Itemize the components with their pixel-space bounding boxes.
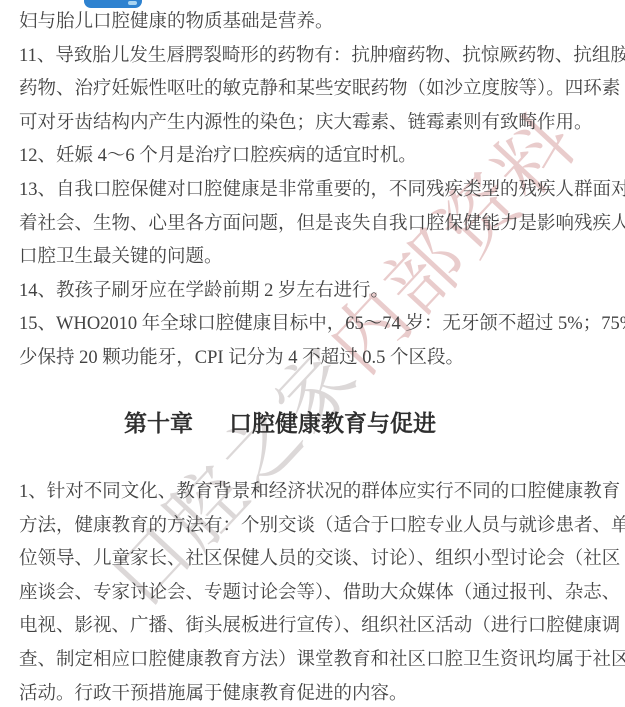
text-line: 位领导、儿童家长、社区保健人员的交谈、讨论）、组织小型讨论会（社区 [19,543,599,577]
text-line: 15、WHO2010 年全球口腔健康目标中，65～74 岁：无牙颌不超过 5%；… [19,308,599,342]
chapter-heading: 第十章口腔健康教育与促进 [124,405,436,438]
document-page: 口腔之家内部资料 妇与胎儿口腔健康的物质基础是营养。 11、导致胎儿发生唇腭裂畸… [0,0,625,707]
text-line: 可对牙齿结构内产生内源性的染色；庆大霉素、链霉素则有致畸作用。 [19,107,599,141]
text-line: 妇与胎儿口腔健康的物质基础是营养。 [19,6,599,40]
text-line: 11、导致胎儿发生唇腭裂畸形的药物有：抗肿瘤药物、抗惊厥药物、抗组胺 [19,40,599,74]
text-line: 少保持 20 颗功能牙，CPI 记分为 4 不超过 0.5 个区段。 [19,342,599,376]
chapter-number: 第十章 [124,411,193,436]
document-paragraph: 1、针对不同文化、教育背景和经济状况的群体应实行不同的口腔健康教育 方法，健康教… [19,476,599,707]
text-line: 方法，健康教育的方法有：个别交谈（适合于口腔专业人员与就诊患者、单 [19,510,599,544]
text-line: 活动。行政干预措施属于健康教育促进的内容。 [19,678,599,707]
button-glyph-icon [128,1,137,5]
text-line: 13、自我口腔保健对口腔健康是非常重要的，不同残疾类型的残疾人群面对 [19,174,599,208]
text-line: 电视、影视、广播、街头展板进行宣传）、组织社区活动（进行口腔健康调 [19,610,599,644]
text-line: 14、教孩子刷牙应在学龄前期 2 岁左右进行。 [19,275,599,309]
document-body: 妇与胎儿口腔健康的物质基础是营养。 11、导致胎儿发生唇腭裂畸形的药物有：抗肿瘤… [19,6,599,376]
text-line: 1、针对不同文化、教育背景和经济状况的群体应实行不同的口腔健康教育 [19,476,599,510]
text-line: 座谈会、专家讨论会、专题讨论会等）、借助大众媒体（通过报刊、杂志、 [19,577,599,611]
text-line: 药物、治疗妊娠性呕吐的敏克静和某些安眠药物（如沙立度胺等）。四环素 [19,73,599,107]
chapter-title: 口腔健康教育与促进 [229,411,436,436]
top-toolbar-button-fragment[interactable] [84,0,142,8]
text-line: 口腔卫生最关键的问题。 [19,241,599,275]
text-line: 着社会、生物、心里各方面问题，但是丧失自我口腔保健能力是影响残疾人 [19,208,599,242]
text-line: 查、制定相应口腔健康教育方法）课堂教育和社区口腔卫生资讯均属于社区 [19,644,599,678]
text-line: 12、妊娠 4～6 个月是治疗口腔疾病的适宜时机。 [19,140,599,174]
